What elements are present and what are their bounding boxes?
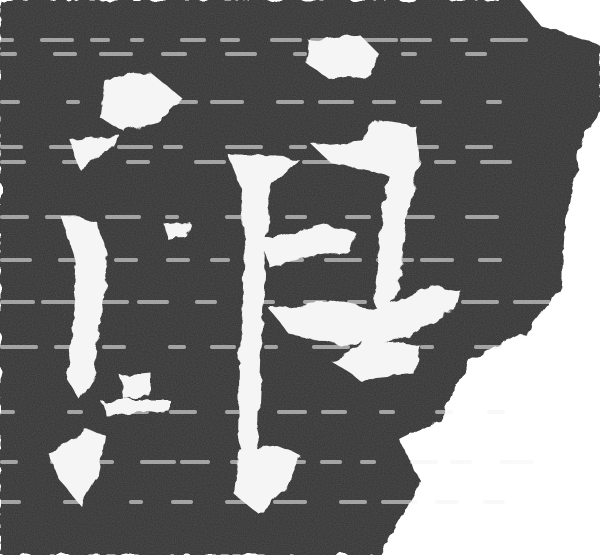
grain-overlay: [0, 0, 600, 555]
character-rubbing-image: [0, 0, 600, 555]
